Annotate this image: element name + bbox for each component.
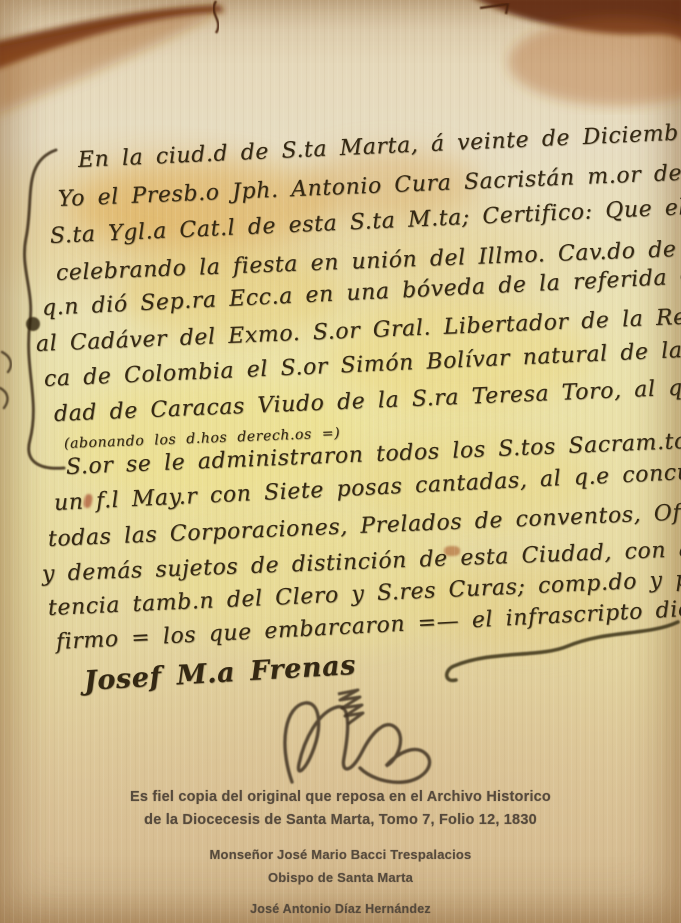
caption-line-2: de la Diocecesis de Santa Marta, Tomo 7,… — [0, 809, 681, 832]
prelate-title: Obispo de Santa Marta — [0, 870, 681, 885]
parchment-document: En la ciud.d de S.ta Marta, á veinte de … — [0, 0, 681, 923]
secretary-name: José Antonio Díaz Hernández — [0, 902, 681, 916]
manuscript-text-block: En la ciud.d de S.ta Marta, á veinte de … — [0, 0, 681, 923]
prelate-name: Monseñor José Mario Bacci Trespalacios — [0, 847, 681, 862]
manuscript-line: En la ciud.d de S.ta Marta, á veinte de … — [77, 108, 681, 173]
priest-signature: Josef M.a Frenas — [83, 650, 357, 697]
caption-line-1: Es fiel copia del original que reposa en… — [0, 786, 681, 809]
certification-caption: Es fiel copia del original que reposa en… — [0, 786, 681, 832]
